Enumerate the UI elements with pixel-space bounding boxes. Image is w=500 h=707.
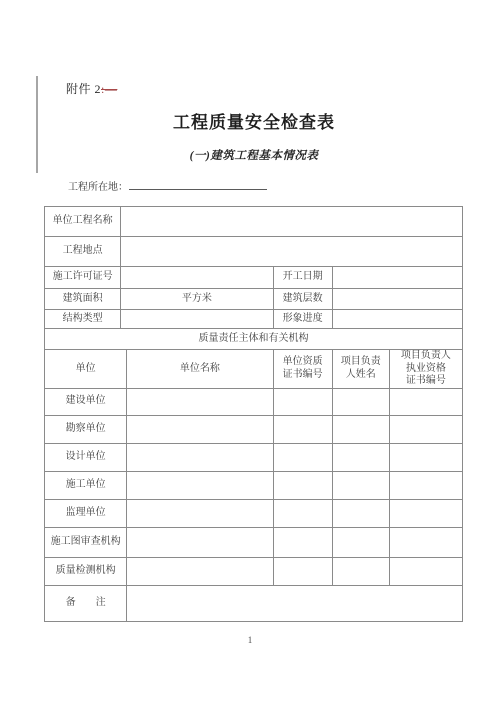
col-header-leader-practice-cert-no: 项目负责人 执业资格 证书编号 xyxy=(389,350,462,389)
cell-empty xyxy=(127,443,273,471)
org-row-construction-unit: 施工单位 xyxy=(45,471,463,499)
org-row-supervision-unit: 监理单位 xyxy=(45,499,463,527)
table-row: 建筑面积 平方米 建筑层数 xyxy=(45,289,463,310)
row-label-structure-type: 结构类型 xyxy=(45,310,121,329)
document-page: 附件 2:— 工程质量安全检查表 (一)建筑工程基本情况表 工程所在地： 单位工… xyxy=(0,0,500,707)
attachment-note: 附件 2:— xyxy=(66,80,117,97)
cell-empty xyxy=(127,499,273,527)
cell-empty xyxy=(273,527,332,557)
cell-empty xyxy=(389,415,462,443)
cell-progress-value xyxy=(332,310,462,329)
table-row: 工程地点 xyxy=(45,237,463,267)
cell-project-location-value xyxy=(121,237,463,267)
section-title: 质量责任主体和有关机构 xyxy=(45,329,463,350)
col-header-qualification-cert-no: 单位资质 证书编号 xyxy=(273,350,332,389)
row-label-start-date: 开工日期 xyxy=(273,267,332,289)
doc-subtitle: (一)建筑工程基本情况表 xyxy=(8,149,500,164)
cell-empty xyxy=(127,557,273,585)
cell-empty xyxy=(389,443,462,471)
row-label-project-location: 工程地点 xyxy=(45,237,121,267)
doc-title: 工程质量安全检查表 xyxy=(8,112,500,134)
org-row-drawing-review-agency: 施工图审查机构 xyxy=(45,527,463,557)
basic-info-table: 单位工程名称 工程地点 施工许可证号 开工日期 建筑面积 平方米 建筑层数 结构… xyxy=(44,206,463,622)
cell-remark-value xyxy=(127,585,463,621)
org-row-label: 监理单位 xyxy=(45,499,127,527)
cell-empty xyxy=(127,527,273,557)
cell-empty xyxy=(389,557,462,585)
cell-empty xyxy=(273,499,332,527)
cell-empty xyxy=(389,471,462,499)
table-row: 单位工程名称 xyxy=(45,207,463,237)
location-underline xyxy=(129,178,267,190)
cell-empty xyxy=(332,471,389,499)
cell-empty xyxy=(273,471,332,499)
org-row-label: 施工图审查机构 xyxy=(45,527,127,557)
org-row-label: 建设单位 xyxy=(45,388,127,415)
org-row-quality-testing-agency: 质量检测机构 xyxy=(45,557,463,585)
cell-start-date-value xyxy=(332,267,462,289)
org-row-label: 质量检测机构 xyxy=(45,557,127,585)
cell-empty xyxy=(332,557,389,585)
cell-structure-type-value xyxy=(121,310,273,329)
org-row-construction-owner: 建设单位 xyxy=(45,388,463,415)
cell-empty xyxy=(332,388,389,415)
row-label-progress: 形象进度 xyxy=(273,310,332,329)
remark-label: 备 注 xyxy=(45,585,127,621)
org-row-label: 设计单位 xyxy=(45,443,127,471)
cell-floors-value xyxy=(332,289,462,310)
project-location-line: 工程所在地： xyxy=(68,178,267,193)
row-label-permit-no: 施工许可证号 xyxy=(45,267,121,289)
org-row-design-unit: 设计单位 xyxy=(45,443,463,471)
table-row: 施工许可证号 开工日期 xyxy=(45,267,463,289)
cell-empty xyxy=(273,557,332,585)
cell-empty xyxy=(389,388,462,415)
cell-empty xyxy=(389,527,462,557)
cell-unit-project-name-value xyxy=(121,207,463,237)
row-label-unit-project-name: 单位工程名称 xyxy=(45,207,121,237)
org-row-label: 施工单位 xyxy=(45,471,127,499)
location-label: 工程所在地： xyxy=(68,182,128,193)
cell-empty xyxy=(273,388,332,415)
cell-empty xyxy=(389,499,462,527)
section-header-row: 质量责任主体和有关机构 xyxy=(45,329,463,350)
deleted-text-mark: :— xyxy=(101,82,117,96)
cell-empty xyxy=(332,527,389,557)
cell-empty xyxy=(127,415,273,443)
cell-empty xyxy=(127,388,273,415)
cell-building-area-value: 平方米 xyxy=(121,289,273,310)
cell-empty xyxy=(127,471,273,499)
org-header-row: 单位 单位名称 单位资质 证书编号 项目负责 人姓名 项目负责人 执业资格 证书… xyxy=(45,350,463,389)
attachment-label: 附件 2 xyxy=(66,82,101,96)
org-row-label: 勘察单位 xyxy=(45,415,127,443)
page-number: 1 xyxy=(0,635,500,645)
cell-empty xyxy=(332,499,389,527)
cell-empty xyxy=(273,415,332,443)
col-header-unit: 单位 xyxy=(45,350,127,389)
org-row-survey-unit: 勘察单位 xyxy=(45,415,463,443)
col-header-unit-name: 单位名称 xyxy=(127,350,273,389)
row-label-building-area: 建筑面积 xyxy=(45,289,121,310)
remark-row: 备 注 xyxy=(45,585,463,621)
cell-empty xyxy=(273,443,332,471)
row-label-floors: 建筑层数 xyxy=(273,289,332,310)
cell-permit-no-value xyxy=(121,267,273,289)
col-header-project-leader-name: 项目负责 人姓名 xyxy=(332,350,389,389)
cell-empty xyxy=(332,443,389,471)
table-row: 结构类型 形象进度 xyxy=(45,310,463,329)
cell-empty xyxy=(332,415,389,443)
